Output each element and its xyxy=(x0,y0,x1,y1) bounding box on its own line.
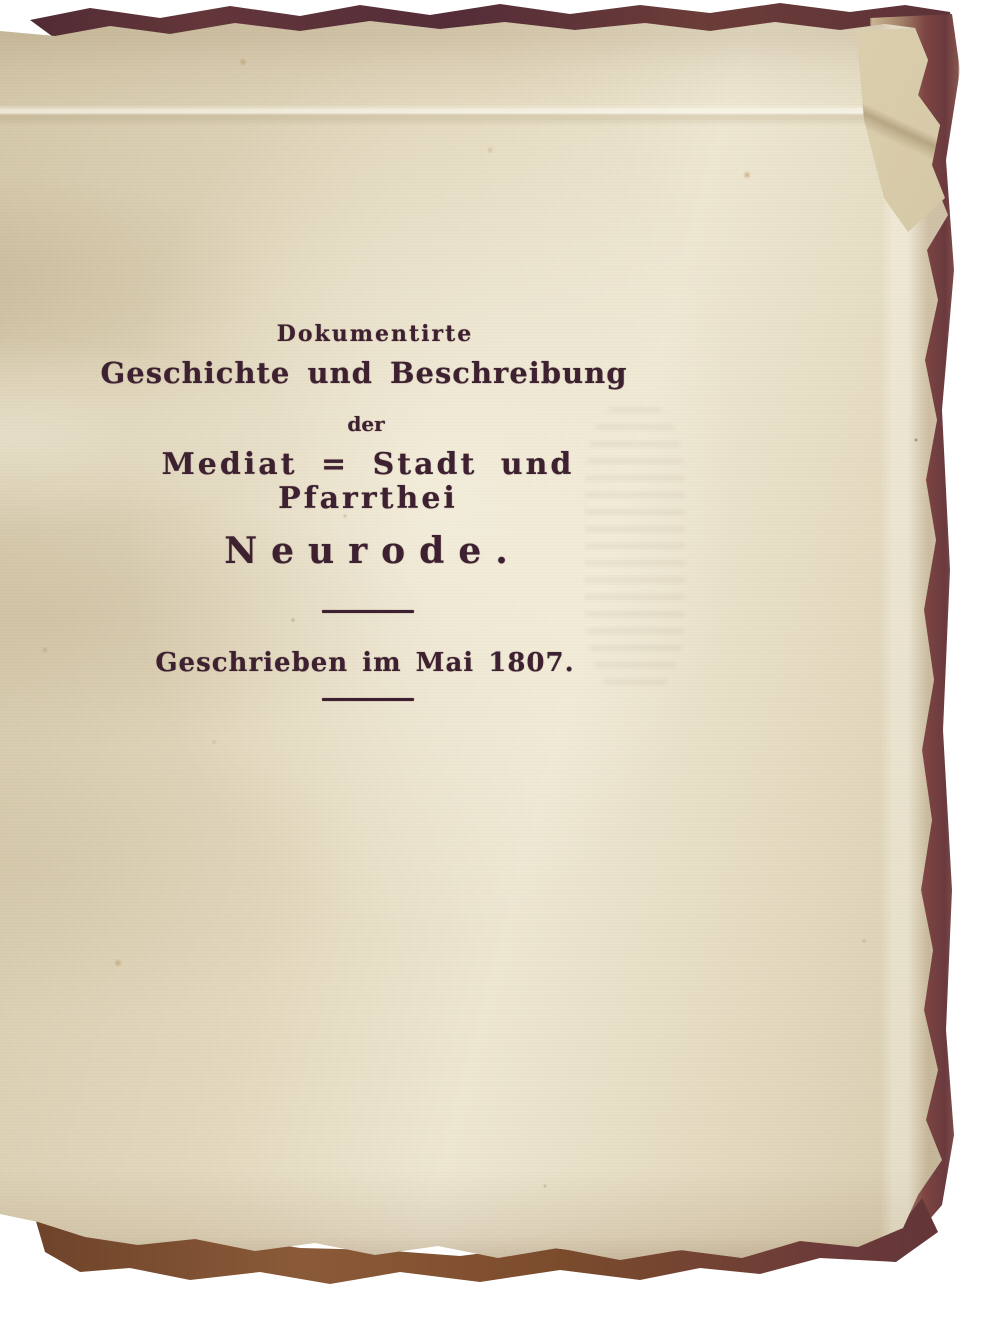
title-line-geschichte-und-beschreibung: Geschichte und Beschreibung xyxy=(64,357,664,390)
title-line-geschrieben-im-mai-1807: Geschrieben im Mai 1807. xyxy=(65,649,665,679)
divider-rule-bottom xyxy=(322,698,414,701)
title-line-neurode: Neurode. xyxy=(73,531,673,572)
book-scan: Dokumentirte Geschichte und Beschreibung… xyxy=(0,0,1000,1317)
title-line-dokumentirte: Dokumentirte xyxy=(75,322,675,347)
divider-rule-top xyxy=(322,610,414,613)
title-block: Dokumentirte Geschichte und Beschreibung… xyxy=(68,322,668,701)
title-page: Dokumentirte Geschichte und Beschreibung… xyxy=(0,0,1000,1317)
title-line-mediat-stadt-und-pfarrthei: Mediat = Stadt und Pfarrthei xyxy=(68,448,668,517)
title-line-der: der xyxy=(66,413,666,436)
